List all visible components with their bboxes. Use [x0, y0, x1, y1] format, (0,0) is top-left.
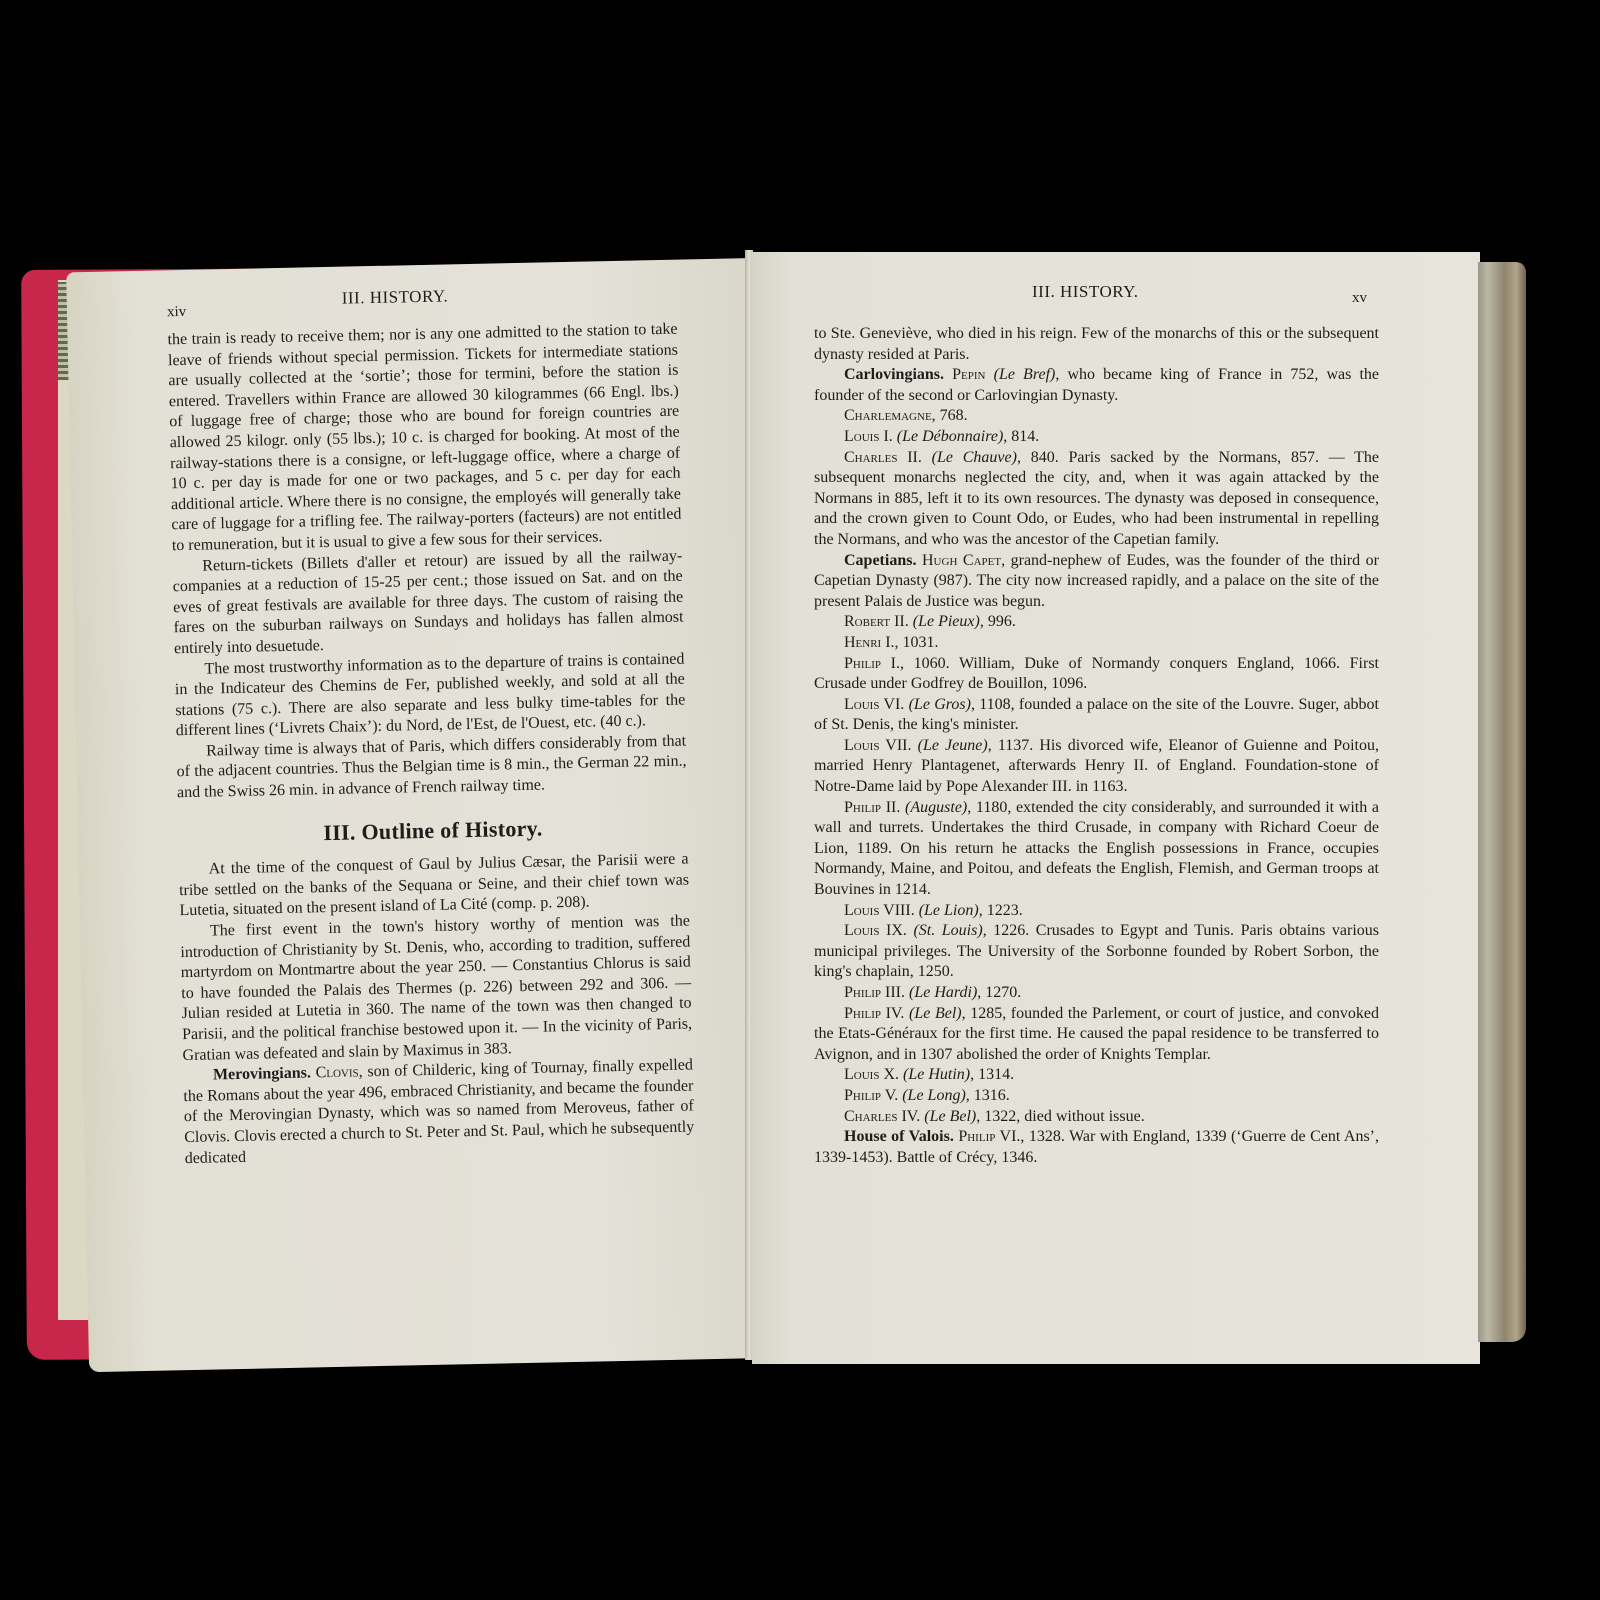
king-name: Louis I.: [844, 428, 893, 445]
epithet: (Le Jeune): [918, 737, 988, 754]
reign-entry: Philip I., 1060. William, Duke of Norman…: [814, 654, 1379, 695]
reign-entry: Louis VIII. (Le Lion), 1223.: [814, 901, 1379, 922]
king-name: Louis VIII.: [844, 902, 915, 919]
reign-entry: Louis VII. (Le Jeune), 1137. His divorce…: [814, 736, 1379, 798]
epithet: (St. Louis): [913, 922, 982, 939]
epithet: (Le Débonnaire): [897, 428, 1004, 445]
reign-entry: Louis I. (Le Débonnaire), 814.: [814, 427, 1379, 448]
king-name: Philip II.: [844, 799, 900, 816]
king-name: Henri I.: [844, 634, 895, 651]
reign-entry: Carlovingians. Pepin (Le Bref), who beca…: [814, 365, 1379, 406]
reign-entry: Charlemagne, 768.: [814, 406, 1379, 427]
entry-text: , 768.: [932, 407, 968, 424]
reign-entry: Henri I., 1031.: [814, 633, 1379, 654]
dynasty-label: House of Valois.: [844, 1128, 954, 1145]
king-name: Philip VI.: [958, 1128, 1020, 1145]
entry-text: , 996.: [980, 613, 1016, 630]
entry-text: , 814.: [1003, 428, 1039, 445]
entry-text: , 1316.: [966, 1087, 1010, 1104]
king-name: Louis VII.: [844, 737, 911, 754]
reign-entry: House of Valois. Philip VI., 1328. War w…: [814, 1127, 1379, 1168]
epithet: (Le Hardi): [909, 984, 977, 1001]
merovingians-paragraph: Merovingians. Clovis, son of Childeric, …: [183, 1056, 695, 1170]
king-name: Philip III.: [844, 984, 905, 1001]
reign-entry: Louis X. (Le Hutin), 1314.: [814, 1065, 1379, 1086]
reign-entry: Louis IX. (St. Louis), 1226. Crusades to…: [814, 921, 1379, 983]
right-page: III. HISTORY. xv to Ste. Geneviève, who …: [752, 252, 1480, 1364]
paragraph: At the time of the conquest of Gaul by J…: [178, 850, 689, 922]
paragraph: to Ste. Geneviève, who died in his reign…: [814, 324, 1379, 365]
reign-entry: Capetians. Hugh Capet, grand-nephew of E…: [814, 551, 1379, 613]
king-name: Charlemagne: [844, 407, 932, 424]
entry-text: , 1270.: [977, 984, 1021, 1001]
right-text-column: to Ste. Geneviève, who died in his reign…: [814, 324, 1379, 1168]
epithet: (Le Hutin): [903, 1066, 970, 1083]
paragraph: the train is ready to receive them; nor …: [167, 320, 682, 557]
epithet: (Le Bel): [909, 1005, 962, 1022]
reign-entry: Charles II. (Le Chauve), 840. Paris sack…: [814, 448, 1379, 551]
page-number-left: xiv: [167, 304, 187, 321]
king-name: Louis X.: [844, 1066, 899, 1083]
running-head-left: III. HISTORY.: [342, 286, 449, 308]
running-head-right: III. HISTORY.: [1032, 282, 1138, 302]
king-name: Philip V.: [844, 1087, 898, 1104]
section-title: III. Outline of History.: [178, 815, 688, 846]
king-name: Pepin: [952, 366, 985, 383]
epithet: (Le Lion): [919, 902, 979, 919]
king-name: Charles IV.: [844, 1108, 920, 1125]
paragraph: Return-tickets (Billets d'aller et retou…: [172, 546, 684, 660]
paragraph: The most trustworthy information as to t…: [174, 649, 686, 742]
dynasty-label: Merovingians.: [213, 1065, 311, 1084]
reign-entry: Robert II. (Le Pieux), 996.: [814, 612, 1379, 633]
reign-entry: Philip V. (Le Long), 1316.: [814, 1086, 1379, 1107]
king-name: Robert II.: [844, 613, 909, 630]
reign-entry: Charles IV. (Le Bel), 1322, died without…: [814, 1107, 1379, 1128]
reign-entry: Louis VI. (Le Gros), 1108, founded a pal…: [814, 695, 1379, 736]
left-text-column: the train is ready to receive them; nor …: [167, 320, 694, 1170]
paragraph: The first event in the town's history wo…: [180, 912, 693, 1067]
dynasty-label: Capetians.: [844, 552, 916, 569]
epithet: (Le Bel): [924, 1108, 976, 1125]
king-name: Louis IX.: [844, 922, 907, 939]
left-page: xiv III. HISTORY. the train is ready to …: [66, 258, 777, 1372]
king-name: Charles II.: [844, 449, 922, 466]
entry-text: , 1031.: [895, 634, 939, 651]
reign-entry: Philip II. (Auguste), 1180, extended the…: [814, 798, 1379, 901]
paragraph: Railway time is always that of Paris, wh…: [176, 731, 687, 803]
epithet: (Le Bref): [994, 366, 1056, 383]
reign-entry: Philip IV. (Le Bel), 1285, founded the P…: [814, 1004, 1379, 1066]
epithet: (Le Long): [902, 1087, 966, 1104]
king-name: Clovis: [315, 1064, 358, 1082]
reign-entry: Philip III. (Le Hardi), 1270.: [814, 983, 1379, 1004]
entry-text: , 1314.: [970, 1066, 1014, 1083]
epithet: (Le Chauve): [932, 449, 1017, 466]
king-name: Philip IV.: [844, 1005, 904, 1022]
king-name: Philip I.: [844, 655, 900, 672]
entry-text: , 1322, died without issue.: [976, 1108, 1144, 1125]
fore-edge: [1478, 262, 1526, 1342]
entry-text: , 1223.: [979, 902, 1023, 919]
epithet: (Le Pieux): [913, 613, 980, 630]
king-name: Louis VI.: [844, 696, 904, 713]
page-number-right: xv: [1352, 290, 1367, 307]
king-name: Hugh Capet: [922, 552, 1001, 569]
dynasty-label: Carlovingians.: [844, 366, 944, 383]
epithet: (Le Gros): [909, 696, 971, 713]
epithet: (Auguste): [905, 799, 967, 816]
